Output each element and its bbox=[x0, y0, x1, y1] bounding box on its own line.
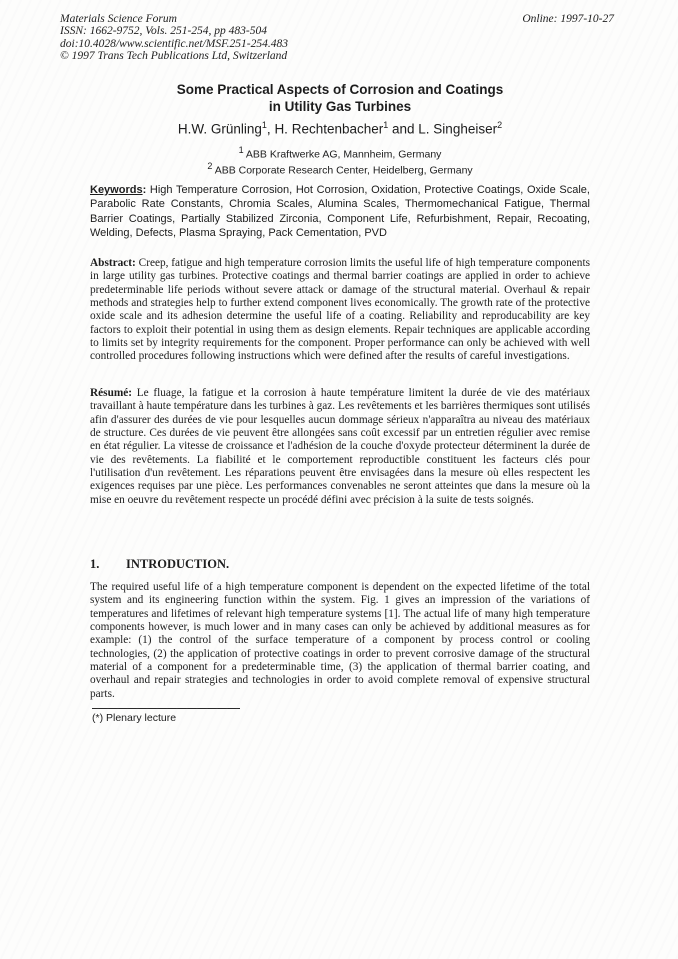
resume-text: Le fluage, la fatigue et la corrosion à … bbox=[90, 387, 590, 506]
affiliation-1: 1 ABB Kraftwerke AG, Mannheim, Germany bbox=[90, 145, 590, 161]
keywords-paragraph: Keywords: High Temperature Corrosion, Ho… bbox=[90, 183, 590, 241]
keywords-text: High Temperature Corrosion, Hot Corrosio… bbox=[90, 184, 590, 239]
journal-name: Materials Science Forum bbox=[60, 13, 288, 25]
authors-line: H.W. Grünling1, H. Rechtenbacher1 and L.… bbox=[90, 120, 590, 137]
affiliation-1-text: ABB Kraftwerke AG, Mannheim, Germany bbox=[244, 149, 442, 161]
paper-page: Materials Science Forum ISSN: 1662-9752,… bbox=[0, 0, 678, 959]
online-date: Online: 1997-10-27 bbox=[522, 13, 614, 25]
author-name-2: H. Rechtenbacher bbox=[274, 122, 383, 137]
abstract-text: Creep, fatigue and high temperature corr… bbox=[90, 257, 590, 362]
resume-label: Résumé: bbox=[90, 387, 132, 399]
author-sup-3: 2 bbox=[497, 120, 502, 130]
author-name-1: H.W. Grünling bbox=[178, 122, 262, 137]
copyright-line: © 1997 Trans Tech Publications Ltd, Swit… bbox=[60, 50, 288, 62]
paper-title-line-2: in Utility Gas Turbines bbox=[90, 99, 590, 116]
section-number: 1. bbox=[90, 557, 126, 572]
journal-header: Materials Science Forum ISSN: 1662-9752,… bbox=[60, 13, 288, 62]
section-1-heading: 1.INTRODUCTION. bbox=[90, 557, 590, 572]
keywords-label: Keywords bbox=[90, 184, 143, 196]
doi-line: doi:10.4028/www.scientific.net/MSF.251-2… bbox=[60, 38, 288, 50]
footnote-rule bbox=[92, 708, 240, 709]
resume-paragraph: Résumé: Le fluage, la fatigue et la corr… bbox=[90, 387, 590, 507]
affiliation-2-text: ABB Corporate Research Center, Heidelber… bbox=[212, 165, 472, 177]
abstract-label: Abstract: bbox=[90, 257, 136, 269]
abstract-paragraph: Abstract: Creep, fatigue and high temper… bbox=[90, 257, 590, 364]
author-name-3: L. Singheiser bbox=[418, 122, 497, 137]
issn-line: ISSN: 1662-9752, Vols. 251-254, pp 483-5… bbox=[60, 25, 288, 37]
section-title: INTRODUCTION. bbox=[126, 557, 229, 571]
paper-title: Some Practical Aspects of Corrosion and … bbox=[90, 82, 590, 115]
keywords-colon: : bbox=[143, 184, 150, 196]
introduction-paragraph: The required useful life of a high tempe… bbox=[90, 581, 590, 701]
author-separator-2: and bbox=[388, 122, 418, 137]
footnote-text: (*) Plenary lecture bbox=[92, 712, 176, 724]
affiliation-2: 2 ABB Corporate Research Center, Heidelb… bbox=[90, 161, 590, 177]
paper-title-line-1: Some Practical Aspects of Corrosion and … bbox=[90, 82, 590, 99]
